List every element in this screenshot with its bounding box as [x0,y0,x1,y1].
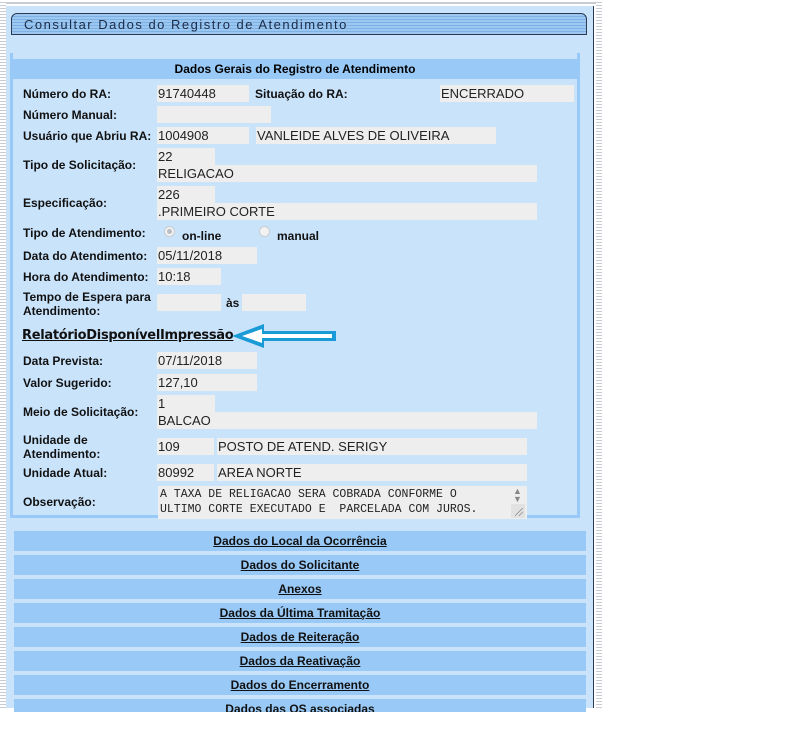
observacao-textarea[interactable]: A TAXA DE RELIGACAO SERA COBRADA CONFORM… [158,486,527,519]
tipo-solicitacao-desc-field: RELIGACAO [157,165,537,182]
unidade-atendimento-name-field: POSTO DE ATEND. SERIGY [217,438,527,455]
manual-radio-label: manual [277,229,319,243]
meio-solicitacao-desc-field: BALCAO [157,412,537,429]
accordion-link[interactable]: Dados de Reiteração [241,630,360,644]
accordion-local-ocorrencia[interactable]: Dados do Local da Ocorrência [14,531,586,551]
accordion-link[interactable]: Dados do Encerramento [231,678,370,692]
tipo-solicitacao-code-field: 22 [157,148,215,165]
situacao-ra-label: Situação do RA: [255,87,348,101]
accordion-link[interactable]: Dados do Local da Ocorrência [213,534,386,548]
meio-solicitacao-label: Meio de Solicitação: [23,405,138,419]
numero-manual-field [157,106,271,123]
accordion-solicitante[interactable]: Dados do Solicitante [14,555,586,575]
data-prevista-label: Data Prevista: [23,354,103,368]
window-title: Consultar Dados do Registro de Atendimen… [24,17,348,32]
unidade-atual-code-field: 80992 [157,464,214,481]
accordion-link[interactable]: Dados da Reativação [240,654,361,668]
hora-atendimento-field: 10:18 [157,268,221,285]
accordion-anexos[interactable]: Anexos [14,579,586,599]
numero-manual-label: Número Manual: [23,108,117,122]
page-right-edge [596,0,602,708]
tempo-espera-label-2: Atendimento: [23,304,100,318]
unidade-atendimento-label-1: Unidade de [23,433,88,447]
hora-atendimento-label: Hora do Atendimento: [23,270,149,284]
tempo-espera-from-field [157,294,221,311]
data-atendimento-label: Data do Atendimento: [23,249,147,263]
tempo-espera-label-1: Tempo de Espera para [23,290,151,304]
accordion-link[interactable]: Anexos [278,582,321,596]
online-radio[interactable] [164,226,175,237]
valor-sugerido-field: 127,10 [157,374,257,391]
numero-ra-field: 91740448 [157,85,249,102]
data-atendimento-field: 05/11/2018 [157,247,257,264]
online-radio-label: on-line [182,229,221,243]
usuario-label: Usuário que Abriu RA: [23,129,151,143]
unidade-atual-label: Unidade Atual: [23,466,107,480]
especificacao-label: Especificação: [23,196,107,210]
situacao-ra-field: ENCERRADO [440,85,574,102]
especificacao-code-field: 226 [157,186,215,203]
page-top-border [0,2,602,4]
tipo-solicitacao-label: Tipo de Solicitação: [23,158,136,172]
especificacao-desc-field: .PRIMEIRO CORTE [157,203,537,220]
accordion-reiteracao[interactable]: Dados de Reiteração [14,627,586,647]
window-title-bar: Consultar Dados do Registro de Atendimen… [11,13,587,35]
numero-ra-label: Número do RA: [23,87,111,101]
manual-radio[interactable] [259,226,270,237]
unidade-atendimento-code-field: 109 [157,438,214,455]
accordion-ultima-tramitacao[interactable]: Dados da Última Tramitação [14,603,586,623]
accordion-link[interactable]: Dados do Solicitante [241,558,360,572]
page-bottom-blank [0,712,798,743]
accordion-reativacao[interactable]: Dados da Reativação [14,651,586,671]
section-title: Dados Gerais do Registro de Atendimento [10,59,580,79]
tempo-espera-sep: às [226,296,239,310]
unidade-atual-name-field: AREA NORTE [217,464,527,481]
unidade-atendimento-label-2: Atendimento: [23,447,100,461]
usuario-name-field: VANLEIDE ALVES DE OLIVEIRA [256,127,496,144]
textarea-scroll-arrows-icon[interactable]: ▲▼ [513,487,522,503]
textarea-resize-grip-icon[interactable] [511,504,525,518]
usuario-code-field: 1004908 [157,127,249,144]
tipo-atendimento-label: Tipo de Atendimento: [23,226,146,240]
accordion-link[interactable]: Dados da Última Tramitação [220,606,381,620]
data-prevista-field: 07/11/2018 [157,352,257,369]
tempo-espera-to-field [242,294,306,311]
annotation-arrow-icon [228,322,340,350]
report-print-link[interactable]: RelatórioDisponívelImpressão [22,328,233,343]
meio-solicitacao-code-field: 1 [157,395,215,412]
observacao-label: Observação: [23,495,96,509]
valor-sugerido-label: Valor Sugerido: [23,376,112,390]
accordion-encerramento[interactable]: Dados do Encerramento [14,675,586,695]
